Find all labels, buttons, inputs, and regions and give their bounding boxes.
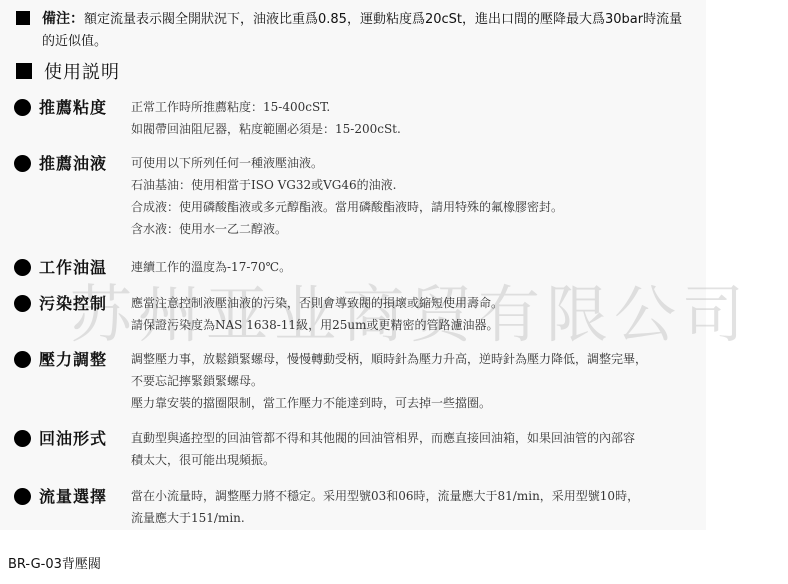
square-bullet-icon bbox=[16, 63, 32, 79]
bullet-dot-icon bbox=[14, 99, 31, 116]
item-title: 壓力調整 bbox=[39, 348, 131, 414]
item-contamination: 污染控制 應當注意控制液壓油液的污染，否則會導致閥的損壞或縮短使用壽命。 請保證… bbox=[14, 292, 503, 336]
item-title: 回油形式 bbox=[39, 427, 131, 471]
note-text: 備注：額定流量表示閥全開狀況下，油液比重爲0.85，運動粘度爲20cSt，進出口… bbox=[42, 8, 692, 53]
item-line: 可使用以下所列任何一種液壓油液。 bbox=[131, 152, 563, 174]
bullet-dot-icon bbox=[14, 488, 31, 505]
item-line: 不要忘記擰緊鎖緊螺母。 bbox=[131, 370, 647, 392]
item-line: 壓力靠安裝的擋圈限制，當工作壓力不能達到時，可去掉一些擋圈。 bbox=[131, 392, 647, 414]
note-block: 備注：額定流量表示閥全開狀況下，油液比重爲0.85，運動粘度爲20cSt，進出口… bbox=[16, 8, 692, 53]
image-caption: BR-G-03背壓閥 bbox=[8, 553, 101, 572]
spec-panel: 備注：額定流量表示閥全開狀況下，油液比重爲0.85，運動粘度爲20cSt，進出口… bbox=[0, 0, 706, 530]
item-line: 當在小流量時，調整壓力將不穩定。采用型號03和06時，流量應大于81/min，采… bbox=[131, 485, 639, 507]
item-line: 調整壓力事，放鬆鎖緊螺母，慢慢轉動受柄，順時針為壓力升高，逆時針為壓力降低，調整… bbox=[131, 348, 647, 370]
item-line: 含水液：使用水一乙二醇液。 bbox=[131, 218, 563, 240]
square-bullet-icon bbox=[16, 11, 30, 25]
item-line: 直動型與遙控型的回油管都不得和其他閥的回油管相界，而應直接回油箱，如果回油管的內… bbox=[131, 427, 635, 449]
item-line: 如閥帶回油阻尼器，粘度範圍必須是：15-200cSt. bbox=[131, 118, 401, 140]
item-temperature: 工作油温 連續工作的溫度為-17-70℃。 bbox=[14, 256, 291, 280]
section-heading: 使用説明 bbox=[16, 58, 120, 84]
item-line: 合成液：使用磷酸酯液或多元醇酯液。當用磷酸酯液時，請用特殊的氟橡膠密封。 bbox=[131, 196, 563, 218]
bullet-dot-icon bbox=[14, 259, 31, 276]
item-line: 石油基油：使用相當于ISO VG32或VG46的油液. bbox=[131, 174, 563, 196]
bullet-dot-icon bbox=[14, 155, 31, 172]
bullet-dot-icon bbox=[14, 295, 31, 312]
item-title: 推薦油液 bbox=[39, 152, 131, 240]
item-flow-select: 流量選擇 當在小流量時，調整壓力將不穩定。采用型號03和06時，流量應大于81/… bbox=[14, 485, 639, 529]
item-return-oil: 回油形式 直動型與遙控型的回油管都不得和其他閥的回油管相界，而應直接回油箱，如果… bbox=[14, 427, 635, 471]
item-title: 工作油温 bbox=[39, 256, 131, 280]
item-line: 正常工作時所推薦粘度：15-400cST. bbox=[131, 96, 401, 118]
item-line: 應當注意控制液壓油液的污染，否則會導致閥的損壞或縮短使用壽命。 bbox=[131, 292, 503, 314]
item-line: 請保證污染度為NAS 1638-11級，用25um或更精密的管路濾油器。 bbox=[131, 314, 503, 336]
section-title: 使用説明 bbox=[44, 58, 120, 84]
item-viscosity: 推薦粘度 正常工作時所推薦粘度：15-400cST. 如閥帶回油阻尼器，粘度範圍… bbox=[14, 96, 401, 140]
bullet-dot-icon bbox=[14, 430, 31, 447]
item-line: 連續工作的溫度為-17-70℃。 bbox=[131, 256, 291, 278]
bullet-dot-icon bbox=[14, 351, 31, 368]
item-line: 流量應大于151/min. bbox=[131, 507, 639, 529]
item-title: 流量選擇 bbox=[39, 485, 131, 529]
item-title: 污染控制 bbox=[39, 292, 131, 336]
note-label: 備注： bbox=[42, 11, 84, 27]
item-pressure-adjust: 壓力調整 調整壓力事，放鬆鎖緊螺母，慢慢轉動受柄，順時針為壓力升高，逆時針為壓力… bbox=[14, 348, 647, 414]
note-body: 額定流量表示閥全開狀況下，油液比重爲0.85，運動粘度爲20cSt，進出口間的壓… bbox=[42, 12, 682, 49]
item-fluid: 推薦油液 可使用以下所列任何一種液壓油液。 石油基油：使用相當于ISO VG32… bbox=[14, 152, 563, 240]
item-title: 推薦粘度 bbox=[39, 96, 131, 140]
item-line: 積太大，很可能出現頻振。 bbox=[131, 449, 635, 471]
